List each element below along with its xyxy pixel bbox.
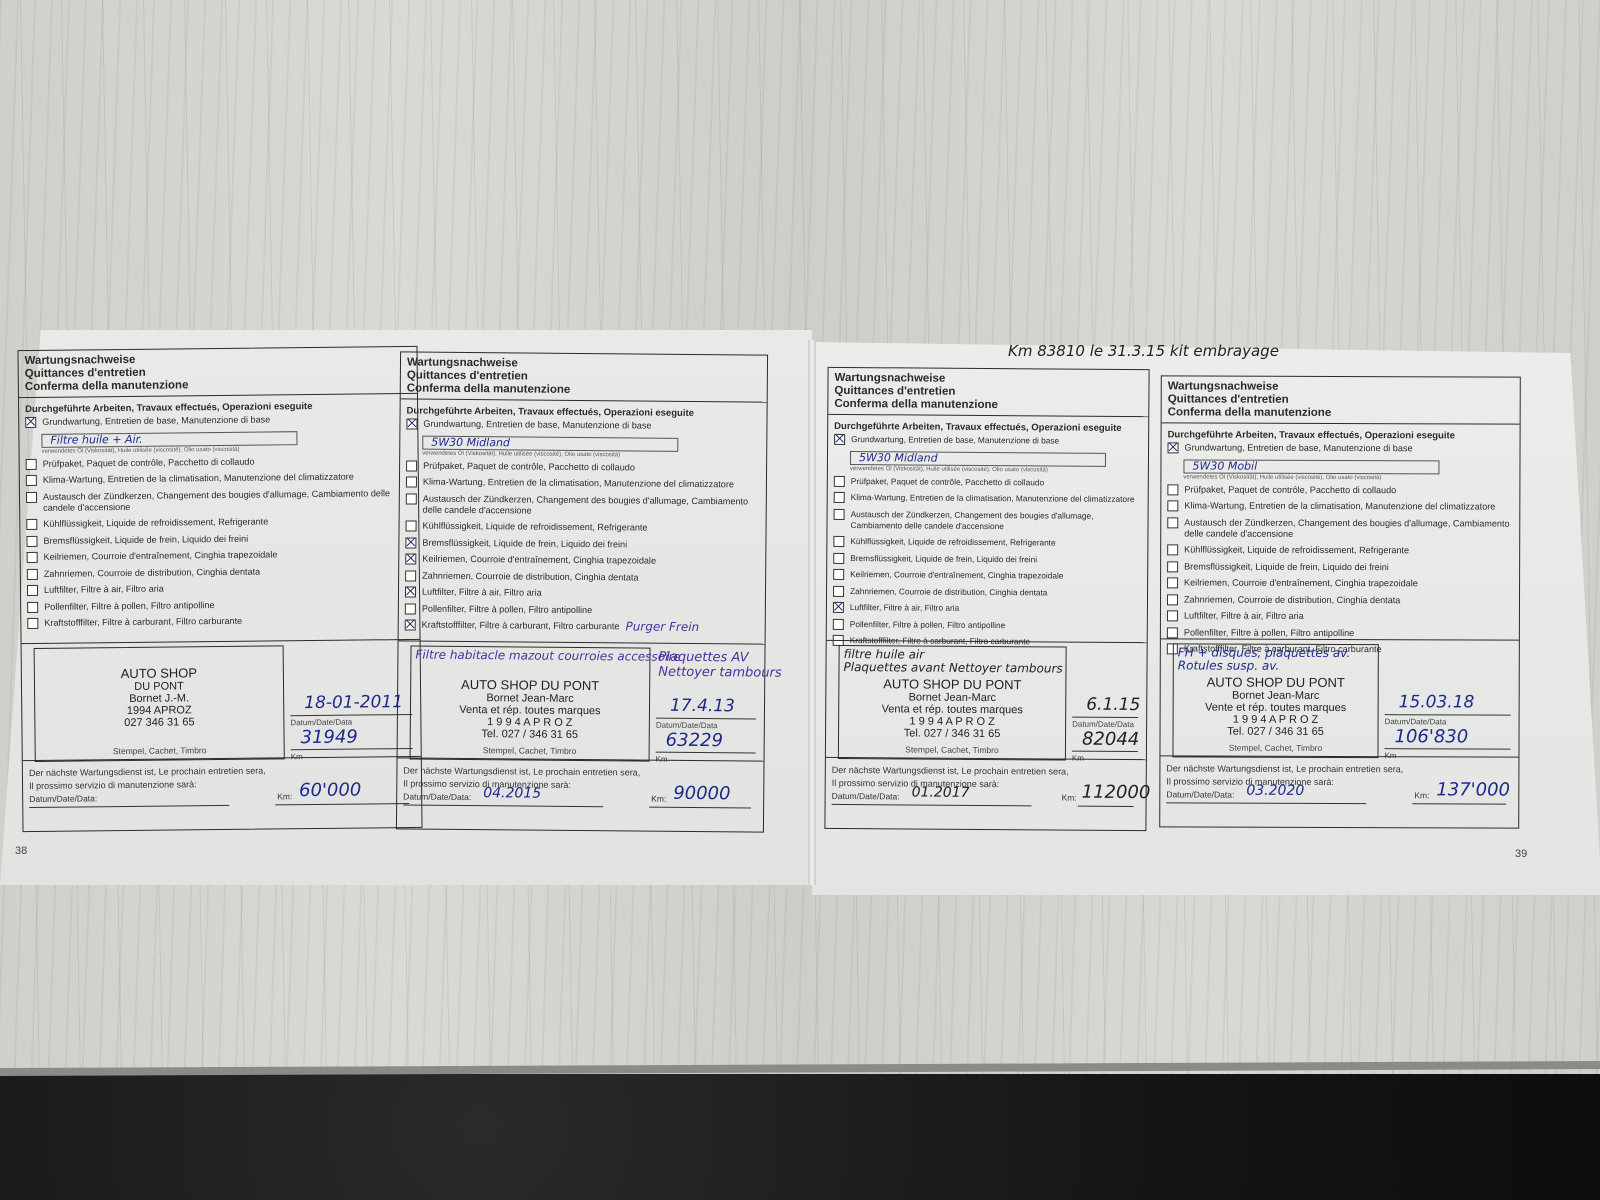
title-it: Conferma della manutenzione — [407, 382, 761, 398]
checklist-label: Bremsflüssigkeit, Liquide de frein, Liqu… — [43, 533, 248, 546]
form-header: Wartungsnachweise Quittances d'entretien… — [1162, 376, 1520, 424]
checkbox-unchecked[interactable] — [26, 475, 37, 486]
checklist-label: Luftfilter, Filtre à air, Filtro aria — [1184, 610, 1304, 621]
next-km-line — [1078, 806, 1134, 807]
checklist-label: Prüfpaket, Paquet de contrôle, Pacchetto… — [423, 460, 635, 473]
oil-used-field[interactable]: 5W30 Midland — [422, 435, 678, 451]
next-date-label: Datum/Date/Data: — [832, 791, 900, 801]
checkbox-checked[interactable] — [406, 418, 417, 429]
service-record-4: Wartungsnachweise Quittances d'entretien… — [1159, 375, 1521, 828]
next-date-line — [29, 805, 229, 808]
handwritten-note: Plaquettes avant Nettoyer tambours — [843, 661, 1061, 676]
workshop-stamp: filtre huile airPlaquettes avant Nettoye… — [838, 645, 1067, 761]
checklist-label: Kühlflüssigkeit, Liquide de refroidissem… — [43, 516, 268, 529]
checkbox-unchecked[interactable] — [834, 492, 845, 503]
next-km-label: Km: — [1414, 789, 1429, 802]
checklist-item[interactable]: Keilriemen, Courroie d'entraînement, Cin… — [1167, 577, 1513, 589]
checkbox-unchecked[interactable] — [26, 491, 37, 502]
checkbox-checked[interactable] — [405, 619, 416, 630]
checklist-label: Keilriemen, Courroie d'entraînement, Cin… — [422, 554, 656, 567]
checklist-label: Grundwartung, Entretien de base, Manuten… — [423, 419, 651, 432]
checklist-item[interactable]: Grundwartung, Entretien de base, Manuten… — [1168, 442, 1514, 454]
stamp-caption: Stempel, Cachet, Timbro — [36, 744, 284, 757]
checklist-label: Grundwartung, Entretien de base, Manuten… — [1185, 442, 1413, 454]
next-service-km[interactable]: 112000 — [1082, 786, 1151, 799]
checklist-item[interactable]: Pollenfilter, Filtre à pollen, Filtro an… — [27, 597, 413, 612]
oil-used-field[interactable]: 5W30 Midland — [850, 451, 1106, 467]
checklist-label: Keilriemen, Courroie d'entraînement, Cin… — [1184, 577, 1418, 589]
checkbox-unchecked[interactable] — [834, 475, 845, 486]
checklist-label: Zahnriemen, Courroie de distribution, Ci… — [422, 570, 638, 583]
stamp-line: Tel. 027 / 346 31 65 — [411, 728, 649, 742]
next-service-fields: Datum/Date/Data: 03.2020 Km: 137'000 — [1166, 788, 1512, 805]
service-km[interactable]: 63229 — [666, 730, 723, 751]
checklist-label: Keilriemen, Courroie d'entraînement, Cin… — [850, 569, 1063, 581]
stamp-line: Tel. 027 / 346 31 65 — [1174, 725, 1378, 738]
checklist-label: Kühlflüssigkeit, Liquide de refroidissem… — [423, 521, 648, 534]
top-annotation: Km 83810 le 31.3.15 kit embrayage — [1008, 342, 1279, 360]
checkbox-unchecked[interactable] — [833, 569, 844, 580]
checkbox-unchecked[interactable] — [833, 585, 844, 596]
stamp-line: Vente et rép. toutes marques — [1174, 701, 1378, 714]
checklist-item[interactable]: Keilriemen, Courroie d'entraînement, Cin… — [27, 548, 413, 563]
checklist-label: Bremsflüssigkeit, Liquide de frein, Liqu… — [1184, 561, 1389, 573]
date-line — [656, 718, 756, 720]
checklist-label: Pollenfilter, Filtre à pollen, Filtro an… — [422, 603, 592, 615]
checkbox-unchecked[interactable] — [1167, 561, 1178, 572]
checklist-label: Kraftstofffilter, Filtre à carburant, Fi… — [422, 620, 620, 633]
checklist-label: Pollenfilter, Filtre à pollen, Filtro an… — [44, 600, 214, 613]
checklist-item[interactable]: Luftfilter, Filtre à air, Filtro aria — [1167, 610, 1513, 622]
next-service-section: Der nächste Wartungsdienst ist, Le proch… — [1160, 755, 1518, 827]
checklist-item[interactable]: Klima-Wartung, Entretien de la climatisa… — [1167, 500, 1513, 512]
checklist-item[interactable]: Bremsflüssigkeit, Liquide de frein, Liqu… — [833, 552, 1141, 565]
checkbox-unchecked[interactable] — [27, 585, 38, 596]
service-date[interactable]: 6.1.15 — [1086, 695, 1140, 715]
checklist-item[interactable]: Bremsflüssigkeit, Liquide de frein, Liqu… — [1167, 561, 1513, 573]
checkbox-unchecked[interactable] — [833, 536, 844, 547]
checklist-item[interactable]: Zahnriemen, Courroie de distribution, Ci… — [405, 570, 759, 584]
title-it: Conferma della manutenzione — [1168, 406, 1514, 420]
stamp-line: 1 9 9 4 A P R O Z — [1174, 713, 1378, 726]
next-service-section: Der nächste Wartungsdienst ist, Le proch… — [397, 757, 764, 831]
checkbox-checked[interactable] — [1168, 442, 1179, 453]
checklist-label: Austausch der Zündkerzen, Changement des… — [850, 509, 1141, 533]
works-checklist: Grundwartung, Entretien de base, Manuten… — [399, 418, 767, 633]
checklist-item[interactable]: Luftfilter, Filtre à air, Filtro aria — [405, 586, 759, 600]
checkbox-checked[interactable] — [25, 417, 36, 428]
checkbox-unchecked[interactable] — [1167, 500, 1178, 511]
checkbox-unchecked[interactable] — [406, 493, 417, 504]
km-line — [1384, 748, 1510, 749]
checklist-label: Klima-Wartung, Entretien de la climatisa… — [43, 472, 354, 486]
service-km[interactable]: 106'830 — [1394, 726, 1468, 747]
checklist-label: Kühlflüssigkeit, Liquide de refroidissem… — [1184, 544, 1409, 556]
form-header: Wartungsnachweise Quittances d'entretien… — [18, 347, 416, 398]
checklist-item[interactable]: Pollenfilter, Filtre à pollen, Filtro an… — [833, 618, 1141, 631]
checkbox-unchecked[interactable] — [26, 535, 37, 546]
checklist-item[interactable]: Klima-Wartung, Entretien de la climatisa… — [834, 492, 1142, 505]
checklist-item[interactable]: Austausch der Zündkerzen, Changement des… — [1167, 517, 1513, 540]
checkbox-unchecked[interactable] — [834, 508, 845, 519]
stamp-line: AUTO SHOP DU PONT — [839, 676, 1065, 693]
next-km-label: Km: — [1062, 792, 1077, 805]
checklist-item[interactable]: Kraftstofffilter, Filtre à carburant, Fi… — [405, 619, 759, 633]
oil-caption: verwendetes Öl (Viskosität), Huile utili… — [1183, 474, 1513, 481]
date-line — [1072, 717, 1138, 718]
checklist-item[interactable]: Austausch der Zündkerzen, Changement des… — [833, 508, 1141, 532]
checkbox-unchecked[interactable] — [833, 618, 844, 629]
workshop-stamp: Filtre habitacle mazout courroies access… — [410, 646, 651, 762]
checklist-label: Zahnriemen, Courroie de distribution, Ci… — [1184, 594, 1400, 606]
next-service-fields: Datum/Date/Data: 01.2017 Km: 112000 — [832, 790, 1140, 808]
works-checklist: Grundwartung, Entretien de base, Manuten… — [827, 434, 1148, 648]
checklist-label: Keilriemen, Courroie d'entraînement, Cin… — [44, 549, 278, 562]
checklist-label: Prüfpaket, Paquet de contrôle, Pacchetto… — [43, 456, 255, 469]
next-km-label: Km: — [277, 790, 292, 803]
checkbox-unchecked[interactable] — [833, 552, 844, 563]
title-it: Conferma della manutenzione — [25, 377, 411, 394]
checkbox-unchecked[interactable] — [1167, 544, 1178, 555]
next-service-date[interactable]: 03.2020 — [1246, 785, 1304, 798]
handwritten-note: Rotules susp. av. — [1178, 659, 1374, 673]
checklist-item[interactable]: Bremsflüssigkeit, Liquide de frein, Liqu… — [405, 537, 759, 551]
service-date[interactable]: 15.03.18 — [1399, 692, 1475, 712]
stamp-line: AUTO SHOP DU PONT — [1174, 674, 1378, 690]
works-title: Durchgeführte Arbeiten, Travaux effectué… — [1162, 423, 1520, 443]
stamp-text: AUTO SHOP DU PONTBornet Jean-MarcVenta e… — [839, 676, 1065, 741]
checklist-label: Luftfilter, Filtre à air, Filtro aria — [422, 587, 542, 599]
km-line — [291, 748, 413, 750]
next-date-label: Datum/Date/Data: — [29, 793, 97, 804]
checkbox-checked[interactable] — [834, 434, 845, 445]
checklist-label: Austausch der Zündkerzen, Changement des… — [43, 487, 412, 513]
checkbox-unchecked[interactable] — [406, 460, 417, 471]
checkbox-unchecked[interactable] — [27, 618, 38, 629]
service-record-3: Wartungsnachweise Quittances d'entretien… — [824, 367, 1149, 831]
checklist-label: Zahnriemen, Courroie de distribution, Ci… — [850, 586, 1047, 598]
next-service-km[interactable]: 60'000 — [299, 784, 361, 798]
checkbox-unchecked[interactable] — [405, 570, 416, 581]
checkbox-unchecked[interactable] — [1167, 517, 1178, 528]
checklist-label: Grundwartung, Entretien de base, Manuten… — [851, 434, 1059, 446]
checkbox-unchecked[interactable] — [27, 601, 38, 612]
checklist-item[interactable]: Keilriemen, Courroie d'entraînement, Cin… — [833, 569, 1141, 582]
checkbox-unchecked[interactable] — [405, 603, 416, 614]
checklist-item[interactable]: Klima-Wartung, Entretien de la climatisa… — [26, 471, 412, 486]
next-service-date[interactable]: 04.2015 — [483, 787, 541, 801]
checklist-label: Prüfpaket, Paquet de contrôle, Pacchetto… — [851, 476, 1044, 488]
stamp-section: FH + disques, plaquettes av.Rotules susp… — [1160, 638, 1518, 762]
oil-caption: verwendetes Öl (Viskosität), Huile utili… — [850, 466, 1142, 474]
next-km-line — [275, 803, 409, 805]
handwritten-side-note: Nettoyer tambours — [658, 665, 781, 681]
checklist-item[interactable]: Pollenfilter, Filtre à pollen, Filtro an… — [405, 603, 759, 617]
date-line — [290, 714, 412, 716]
floor-background — [0, 1074, 1600, 1200]
service-km[interactable]: 82044 — [1082, 729, 1139, 750]
checklist-label: Klima-Wartung, Entretien de la climatisa… — [1184, 500, 1495, 512]
checkbox-checked[interactable] — [833, 602, 844, 613]
checklist-item[interactable]: Luftfilter, Filtre à air, Filtro aria — [27, 581, 413, 596]
checklist-label: Bremsflüssigkeit, Liquide de frein, Liqu… — [850, 553, 1037, 565]
title-fr: Quittances d'entretien — [1168, 393, 1514, 407]
next-service-fields: Datum/Date/Data: Km: 60'000 — [29, 789, 415, 809]
km-line — [1072, 751, 1138, 752]
checklist-label: Kühlflüssigkeit, Liquide de refroidissem… — [850, 536, 1055, 548]
checklist-item[interactable]: Luftfilter, Filtre à air, Filtro aria — [833, 602, 1141, 615]
service-record-2: Wartungsnachweise Quittances d'entretien… — [396, 351, 768, 832]
checklist-item[interactable]: Grundwartung, Entretien de base, Manuten… — [834, 434, 1142, 447]
stamp-line: 027 346 31 65 — [35, 715, 283, 730]
checklist-item[interactable]: Prüfpaket, Paquet de contrôle, Pacchetto… — [26, 454, 412, 469]
workshop-stamp: AUTO SHOPDU PONTBornet J.-M.1994 APROZ02… — [34, 645, 285, 762]
stamp-section: filtre huile airPlaquettes avant Nettoye… — [826, 640, 1147, 765]
next-date-line — [832, 804, 1032, 806]
checklist-label: Klima-Wartung, Entretien de la climatisa… — [851, 492, 1135, 505]
booklet-spine — [808, 340, 816, 885]
checklist-item[interactable]: Austausch der Zündkerzen, Changement des… — [26, 487, 412, 513]
checklist-label: Grundwartung, Entretien de base, Manuten… — [42, 414, 270, 427]
checklist-item[interactable]: Keilriemen, Courroie d'entraînement, Cin… — [405, 553, 759, 567]
page-number-left: 38 — [15, 845, 27, 857]
next-date-line — [403, 804, 603, 807]
stamp-text: AUTO SHOP DU PONTBornet Jean-MarcVenta e… — [411, 677, 650, 742]
checkbox-unchecked[interactable] — [406, 520, 417, 531]
checkbox-unchecked[interactable] — [1167, 484, 1178, 495]
title-de: Wartungsnachweise — [1168, 380, 1514, 394]
date-line — [1385, 714, 1511, 715]
next-service-section: Der nächste Wartungsdienst ist, Le proch… — [23, 756, 422, 831]
handwritten-side-note: Plaquettes AV — [658, 650, 748, 666]
checklist-label: Austausch der Zündkerzen, Changement des… — [423, 493, 760, 518]
checklist-label: Bremsflüssigkeit, Liquide de frein, Liqu… — [422, 537, 627, 550]
handwritten-notes: Filtre habitacle mazout courroies access… — [411, 647, 649, 679]
handwritten-notes: FH + disques, plaquettes av.Rotules susp… — [1174, 644, 1378, 675]
checklist-label: Luftfilter, Filtre à air, Filtro aria — [44, 584, 164, 596]
next-date-label: Datum/Date/Data: — [1166, 789, 1234, 799]
checklist-item[interactable]: Klima-Wartung, Entretien de la climatisa… — [406, 476, 760, 490]
checklist-label: Austausch der Zündkerzen, Changement des… — [1184, 517, 1513, 540]
checklist-label: Klima-Wartung, Entretien de la climatisa… — [423, 477, 734, 491]
checkbox-unchecked[interactable] — [27, 568, 38, 579]
next-km-line — [1412, 803, 1506, 804]
checklist-label: Pollenfilter, Filtre à pollen, Filtro an… — [1184, 627, 1354, 639]
next-service-km[interactable]: 90000 — [673, 787, 730, 800]
oil-used-field[interactable]: 5W30 Mobil — [1183, 459, 1439, 474]
checklist-label: Pollenfilter, Filtre à pollen, Filtro an… — [850, 619, 1005, 631]
next-km-line — [649, 807, 751, 809]
oil-caption: verwendetes Öl (Viskosität), Huile utili… — [422, 450, 760, 459]
checklist-item[interactable]: Prüfpaket, Paquet de contrôle, Pacchetto… — [406, 460, 760, 474]
workshop-stamp: FH + disques, plaquettes av.Rotules susp… — [1172, 643, 1378, 758]
stamp-caption: Stempel, Cachet, Timbro — [411, 745, 649, 757]
checklist-item[interactable]: Kraftstofffilter, Filtre à carburant, Fi… — [27, 614, 413, 629]
checklist-item[interactable]: Prüfpaket, Paquet de contrôle, Pacchetto… — [1167, 484, 1513, 496]
stamp-section: AUTO SHOPDU PONTBornet J.-M.1994 APROZ02… — [22, 639, 421, 766]
next-date-line — [1166, 802, 1366, 804]
checklist-label: Kraftstofffilter, Filtre à carburant, Fi… — [44, 616, 242, 629]
stamp-section: Filtre habitacle mazout courroies access… — [397, 640, 764, 766]
checklist-item[interactable]: Bremsflüssigkeit, Liquide de frein, Liqu… — [26, 531, 412, 546]
km-line — [656, 752, 756, 754]
handwritten-side-note: Purger Frein — [625, 621, 699, 633]
checklist-item[interactable]: Zahnriemen, Courroie de distribution, Ci… — [27, 564, 413, 579]
checkbox-unchecked[interactable] — [27, 552, 38, 563]
checklist-label: Luftfilter, Filtre à air, Filtro aria — [850, 602, 959, 614]
checkbox-checked[interactable] — [405, 537, 416, 548]
stamp-caption: Stempel, Cachet, Timbro — [1173, 742, 1377, 753]
service-km[interactable]: 31949 — [300, 727, 357, 749]
checkbox-unchecked[interactable] — [26, 519, 37, 530]
oil-used-field[interactable]: Filtre huile + Air. — [41, 431, 297, 448]
form-header: Wartungsnachweise Quittances d'entretien… — [828, 368, 1148, 417]
next-service-text-1: Der nächste Wartungsdienst ist, Le proch… — [1166, 762, 1512, 776]
checkbox-unchecked[interactable] — [26, 458, 37, 469]
checklist-label: Prüfpaket, Paquet de contrôle, Pacchetto… — [1184, 484, 1396, 496]
page-number-right: 39 — [1515, 848, 1527, 860]
next-service-section: Der nächste Wartungsdienst ist, Le proch… — [825, 757, 1145, 830]
date-label: Datum/Date/Data — [1385, 717, 1447, 726]
stamp-text: AUTO SHOPDU PONTBornet J.-M.1994 APROZ02… — [35, 664, 284, 730]
checkbox-unchecked[interactable] — [1167, 610, 1178, 621]
checkbox-checked[interactable] — [405, 553, 416, 564]
checkbox-checked[interactable] — [405, 586, 416, 597]
next-date-label: Datum/Date/Data: — [403, 791, 471, 802]
checkbox-unchecked[interactable] — [1167, 577, 1178, 588]
stamp-line: Bornet Jean-Marc — [1174, 689, 1378, 702]
checklist-item[interactable]: Zahnriemen, Courroie de distribution, Ci… — [1167, 594, 1513, 606]
title-it: Conferma della manutenzione — [834, 398, 1142, 413]
checklist-item[interactable]: Kühlflüssigkeit, Liquide de refroidissem… — [26, 515, 412, 530]
next-service-km[interactable]: 137'000 — [1436, 783, 1510, 796]
date-label: Datum/Date/Data — [1072, 720, 1134, 729]
handwritten-note: Filtre habitacle mazout courroies access… — [415, 649, 645, 664]
service-date[interactable]: 18-01-2011 — [304, 692, 403, 713]
checklist-label: Zahnriemen, Courroie de distribution, Ci… — [44, 566, 260, 579]
stamp-text: AUTO SHOP DU PONTBornet Jean-MarcVente e… — [1174, 674, 1378, 738]
next-service-fields: Datum/Date/Data: 04.2015 Km: 90000 — [403, 790, 757, 809]
checkbox-unchecked[interactable] — [1167, 594, 1178, 605]
handwritten-notes: filtre huile airPlaquettes avant Nettoye… — [839, 646, 1065, 678]
checklist-item[interactable]: Kühlflüssigkeit, Liquide de refroidissem… — [833, 536, 1141, 549]
next-service-date[interactable]: 01.2017 — [912, 786, 970, 799]
works-checklist: Grundwartung, Entretien de base, Manuten… — [19, 413, 419, 629]
form-header: Wartungsnachweise Quittances d'entretien… — [401, 352, 767, 402]
checkbox-unchecked[interactable] — [406, 476, 417, 487]
stamp-line: Tel. 027 / 346 31 65 — [839, 727, 1065, 741]
checkbox-unchecked[interactable] — [1167, 627, 1178, 638]
stamp-caption: Stempel, Cachet, Timbro — [839, 744, 1065, 756]
checklist-item[interactable]: Kühlflüssigkeit, Liquide de refroidissem… — [406, 520, 760, 534]
next-km-label: Km: — [651, 793, 666, 806]
service-record-1: Wartungsnachweise Quittances d'entretien… — [17, 346, 422, 832]
checklist-item[interactable]: Prüfpaket, Paquet de contrôle, Pacchetto… — [834, 475, 1142, 488]
service-date[interactable]: 17.4.13 — [670, 696, 735, 717]
checklist-item[interactable]: Pollenfilter, Filtre à pollen, Filtro an… — [1167, 627, 1513, 639]
checklist-item[interactable]: Zahnriemen, Courroie de distribution, Ci… — [833, 585, 1141, 598]
checklist-item[interactable]: Kühlflüssigkeit, Liquide de refroidissem… — [1167, 544, 1513, 556]
works-title: Durchgeführte Arbeiten, Travaux effectué… — [828, 415, 1148, 436]
works-checklist: Grundwartung, Entretien de base, Manuten… — [1161, 442, 1520, 655]
checklist-item[interactable]: Austausch der Zündkerzen, Changement des… — [406, 493, 760, 518]
checklist-item[interactable]: Grundwartung, Entretien de base, Manuten… — [406, 418, 760, 432]
